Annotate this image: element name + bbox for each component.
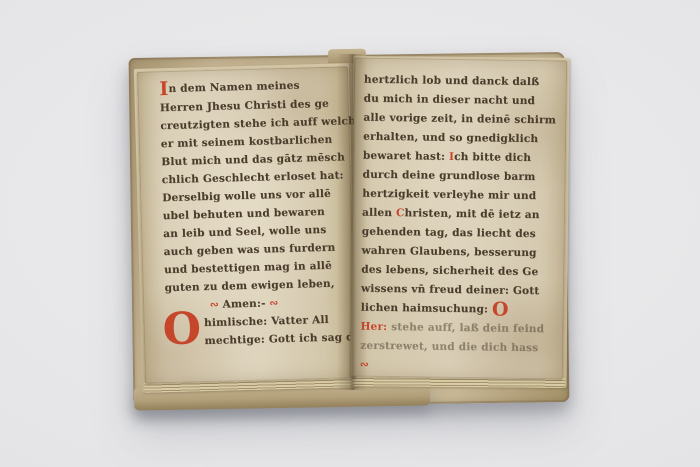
left-page-dropcap-row: O himlische: Vatter Allmechtige: Gott ic… (165, 310, 350, 351)
left-page-drop-cap: O (162, 312, 201, 347)
right-page-lines: hertzlich lob und danck dalßdu mich in d… (360, 71, 561, 378)
manuscript-line: zerstrewet, und die dich hass (360, 337, 557, 359)
manuscript-line: mechtige: Gott ich sag dir (204, 328, 363, 350)
left-page: In dem Namen meinesHerren Jhesu Christi … (137, 66, 356, 383)
right-page-text: hertzlich lob und danck dalßdu mich in d… (360, 71, 561, 378)
left-page-dropcap-lines: himlische: Vatter Allmechtige: Gott ich … (204, 310, 364, 350)
photo-backdrop: In dem Namen meinesHerren Jhesu Christi … (0, 0, 700, 467)
manuscript-line: ∾ (360, 356, 557, 378)
right-page: hertzlich lob und danck dalßdu mich in d… (350, 58, 567, 380)
left-page-lines: In dem Namen meinesHerren Jhesu Christi … (159, 75, 349, 315)
left-page-text: In dem Namen meinesHerren Jhesu Christi … (159, 75, 350, 351)
